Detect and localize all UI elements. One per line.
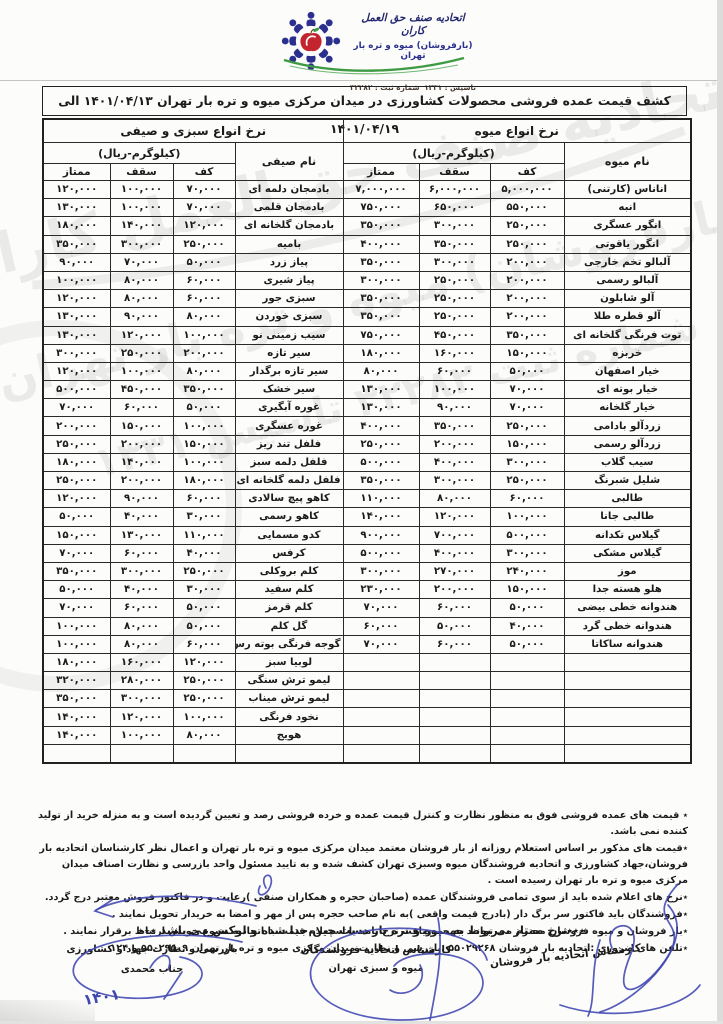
premium-note: ٭٭٭نرخ ممتاز ،مربوط به میوه و تره بار دس… — [0, 924, 723, 937]
veg-floor-cell: ۱۰۰,۰۰۰ — [173, 417, 235, 435]
veg-name-cell: سیر خشک — [235, 381, 343, 399]
signature-label-forushandegan: کارشناس اتحادیه فروشندگان میوه و سبزی ته… — [292, 944, 460, 974]
fruit-ceiling-cell: ۲۰۰,۰۰۰ — [419, 435, 490, 453]
fruit-name-cell: انگور عسگری — [564, 217, 691, 235]
veg-floor-cell — [173, 744, 235, 763]
fruit-premium-cell: ۴۰۰,۰۰۰ — [343, 417, 419, 435]
fruit-ceiling-cell: ۱۰۰,۰۰۰ — [419, 381, 490, 399]
veg-floor-cell: ۶۰,۰۰۰ — [173, 290, 235, 308]
veg-floor-cell: ۱۲۰,۰۰۰ — [173, 217, 235, 235]
document-page: اتحادیه صنف حق العمل کاران (بارفروشان) م… — [0, 0, 723, 1024]
fruit-name-cell: هندوانه ساکاتا — [564, 635, 691, 653]
fruit-premium-cell: ۳۵۰,۰۰۰ — [343, 217, 419, 235]
veg-name-cell: سیب زمینی نو — [235, 326, 343, 344]
fruit-premium-cell — [343, 744, 419, 763]
table-row: اناناس (کارتنی)۵,۰۰۰,۰۰۰۶,۰۰۰,۰۰۰۷,۰۰۰,۰… — [43, 181, 691, 199]
veg-ceiling-cell: ۲۰۰,۰۰۰ — [110, 435, 173, 453]
signature-stroke — [164, 972, 182, 999]
fruit-ceiling-cell — [419, 653, 490, 671]
union-name: اتحادیه صنف حق العمل کاران — [350, 12, 476, 38]
fruit-section-header: نرخ انواع میوه — [343, 119, 691, 143]
fruit-ceiling-cell: ۴۰۰,۰۰۰ — [419, 544, 490, 562]
veg-ceiling-cell: ۲۵۰,۰۰۰ — [110, 344, 173, 362]
veg-name-cell: کدو مسمایی — [235, 526, 343, 544]
fruit-name-cell: طالبی — [564, 490, 691, 508]
veg-ceiling-cell: ۴۰,۰۰۰ — [110, 581, 173, 599]
veg-ceiling-cell: ۹۰,۰۰۰ — [110, 490, 173, 508]
veg-ceiling-cell: ۸۰,۰۰۰ — [110, 271, 173, 289]
fruit-floor-cell: ۳۵۰,۰۰۰ — [490, 326, 564, 344]
fruit-premium-cell: ۱۳۰,۰۰۰ — [343, 399, 419, 417]
signature-label-jahad: بازرسی و نظارت جهاد و کشاورزی جناب محمدی — [58, 944, 246, 975]
veg-ceiling-cell: ۱۰۰,۰۰۰ — [110, 362, 173, 380]
veg-premium-cell: ۱۲۰,۰۰۰ — [43, 290, 110, 308]
table-row: هندوانه ساکاتا۵۰,۰۰۰۶۰,۰۰۰۷۰,۰۰۰گوجه فرن… — [43, 635, 691, 653]
veg-ceiling-cell: ۳۰۰,۰۰۰ — [110, 235, 173, 253]
fruit-name-cell: خیار گلخانه — [564, 399, 691, 417]
fruit-floor-cell — [490, 690, 564, 708]
veg-premium-cell: ۳۵۰,۰۰۰ — [43, 690, 110, 708]
fruit-name-cell: انبه — [564, 199, 691, 217]
signature-label-forushandegan-line2: میوه و سبزی تهران — [292, 963, 460, 974]
fruit-premium-cell — [343, 653, 419, 671]
fruit-name-cell: خربزه — [564, 344, 691, 362]
fruit-floor-cell: ۲۰۰,۰۰۰ — [490, 271, 564, 289]
fruit-premium-cell: ۸۰,۰۰۰ — [343, 362, 419, 380]
fruit-ceiling-cell: ۷۰۰,۰۰۰ — [419, 526, 490, 544]
veg-name-cell: غوره عسگری — [235, 417, 343, 435]
table-row: خربزه۱۵۰,۰۰۰۱۶۰,۰۰۰۱۸۰,۰۰۰سیر تازه۲۰۰,۰۰… — [43, 344, 691, 362]
fruit-premium-cell: ۳۵۰,۰۰۰ — [343, 253, 419, 271]
veg-ceiling-cell: ۴۵۰,۰۰۰ — [110, 381, 173, 399]
fruit-name-cell: اناناس (کارتنی) — [564, 181, 691, 199]
veg-premium-cell: ۱۸۰,۰۰۰ — [43, 653, 110, 671]
veg-ceiling-cell: ۱۳۰,۰۰۰ — [110, 526, 173, 544]
fruit-premium-cell: ۷,۰۰۰,۰۰۰ — [343, 181, 419, 199]
fruit-name-cell: طالبی جانا — [564, 508, 691, 526]
table-row: شلیل شبرنگ۲۵۰,۰۰۰۳۰۰,۰۰۰۳۵۰,۰۰۰فلفل دلمه… — [43, 472, 691, 490]
footnote-line: ٭فروشندگان باید فاکتور سر برگ دار (بادرج… — [38, 907, 688, 923]
fruit-premium-cell: ۶۰,۰۰۰ — [343, 617, 419, 635]
fruit-premium-cell: ۹۰۰,۰۰۰ — [343, 526, 419, 544]
veg-name-cell: گوجه فرنگی بوته رس — [235, 635, 343, 653]
veg-premium-cell: ۳۵۰,۰۰۰ — [43, 235, 110, 253]
veg-name-cell: لیمو ترش سنگی — [235, 672, 343, 690]
fruit-name-cell: آلو شابلون — [564, 290, 691, 308]
table-row: خیار بوته ای۷۰,۰۰۰۱۰۰,۰۰۰۱۳۰,۰۰۰سیر خشک۳… — [43, 381, 691, 399]
veg-premium-cell: ۱۸۰,۰۰۰ — [43, 453, 110, 471]
table-row: طالبی۶۰,۰۰۰۸۰,۰۰۰۱۱۰,۰۰۰کاهو پیچ سالادی۶… — [43, 490, 691, 508]
fruit-floor-cell: ۵,۰۰۰,۰۰۰ — [490, 181, 564, 199]
veg-floor-cell: ۲۵۰,۰۰۰ — [173, 562, 235, 580]
fruit-ceiling-cell: ۳۰۰,۰۰۰ — [419, 253, 490, 271]
fruit-ceiling-cell: ۲۷۰,۰۰۰ — [419, 562, 490, 580]
veg-floor-cell: ۲۵۰,۰۰۰ — [173, 672, 235, 690]
fruit-floor-cell: ۵۰,۰۰۰ — [490, 362, 564, 380]
veg-floor-cell: ۱۰۰,۰۰۰ — [173, 326, 235, 344]
veg-name-cell: بادمجان گلخانه ای — [235, 217, 343, 235]
table-row: لیمو ترش سنگی۲۵۰,۰۰۰۲۸۰,۰۰۰۳۲۰,۰۰۰ — [43, 672, 691, 690]
letterhead: اتحادیه صنف حق العمل کاران (بارفروشان) م… — [278, 6, 476, 92]
veg-name-cell: سیر تازه برگدار — [235, 362, 343, 380]
veg-premium-cell: ۱۴۰,۰۰۰ — [43, 726, 110, 744]
fruit-premium-cell: ۷۵۰,۰۰۰ — [343, 199, 419, 217]
fruit-ceiling-cell — [419, 726, 490, 744]
fruit-floor-cell: ۲۵۰,۰۰۰ — [490, 417, 564, 435]
veg-floor-cell: ۷۰,۰۰۰ — [173, 199, 235, 217]
veg-ceiling-cell: ۸۰,۰۰۰ — [110, 635, 173, 653]
fruit-floor-cell — [490, 708, 564, 726]
veg-name-cell: فلفل تند ریز — [235, 435, 343, 453]
fruit-floor-cell: ۲۴۰,۰۰۰ — [490, 562, 564, 580]
veg-premium-cell: ۷۰,۰۰۰ — [43, 544, 110, 562]
fruit-floor-cell: ۶۰,۰۰۰ — [490, 490, 564, 508]
veg-premium-cell — [43, 744, 110, 763]
fruit-name-cell: خیار بوته ای — [564, 381, 691, 399]
fruit-ceiling-cell — [419, 672, 490, 690]
table-row: لوبیا سبز۱۲۰,۰۰۰۱۶۰,۰۰۰۱۸۰,۰۰۰ — [43, 653, 691, 671]
fruit-floor-cell — [490, 672, 564, 690]
veg-ceiling-cell: ۱۴۰,۰۰۰ — [110, 453, 173, 471]
veg-premium-cell: ۲۵۰,۰۰۰ — [43, 472, 110, 490]
signature-label-jahad-line2: جناب محمدی — [58, 964, 246, 975]
veg-name-cell — [235, 744, 343, 763]
veg-premium-cell: ۱۰۰,۰۰۰ — [43, 617, 110, 635]
fruit-name-cell — [564, 744, 691, 763]
veg-premium-cell: ۲۵۰,۰۰۰ — [43, 435, 110, 453]
veg-premium-cell: ۱۴۰,۰۰۰ — [43, 708, 110, 726]
price-table-body: اناناس (کارتنی)۵,۰۰۰,۰۰۰۶,۰۰۰,۰۰۰۷,۰۰۰,۰… — [43, 181, 691, 764]
fruit-name-cell: آلبالو رسمی — [564, 271, 691, 289]
veg-name-cell: فلفل دلمه گلخانه ای — [235, 472, 343, 490]
fruit-ceiling-cell: ۹۰,۰۰۰ — [419, 399, 490, 417]
veg-ceiling-cell — [110, 744, 173, 763]
veg-ceiling-cell: ۱۶۰,۰۰۰ — [110, 653, 173, 671]
fruit-floor-cell: ۲۰۰,۰۰۰ — [490, 308, 564, 326]
table-row: زردآلو رسمی۱۵۰,۰۰۰۲۰۰,۰۰۰۲۵۰,۰۰۰فلفل تند… — [43, 435, 691, 453]
fruit-floor-cell — [490, 726, 564, 744]
veg-ceiling-cell: ۳۰۰,۰۰۰ — [110, 562, 173, 580]
fruit-ceiling-cell — [419, 690, 490, 708]
fruit-floor-cell: ۲۵۰,۰۰۰ — [490, 472, 564, 490]
fruit-name-cell: هلو هسته جدا — [564, 581, 691, 599]
fruit-name-cell: توت فرنگی گلخانه ای — [564, 326, 691, 344]
veg-premium-cell: ۱۲۰,۰۰۰ — [43, 490, 110, 508]
fruit-ceiling-cell: ۳۰۰,۰۰۰ — [419, 472, 490, 490]
footnote-line: ٭ قیمت های عمده فروشی فوق به منظور نظارت… — [38, 808, 688, 840]
fruit-floor-cell: ۳۰۰,۰۰۰ — [490, 453, 564, 471]
fruit-floor-cell: ۷۰,۰۰۰ — [490, 381, 564, 399]
table-row: هویج۸۰,۰۰۰۱۰۰,۰۰۰۱۴۰,۰۰۰ — [43, 726, 691, 744]
veg-premium-cell: ۱۵۰,۰۰۰ — [43, 526, 110, 544]
fruit-ceiling-cell — [419, 708, 490, 726]
signature-label-jahad-line1: بازرسی و نظارت جهاد و کشاورزی — [58, 944, 246, 955]
veg-ceiling-cell: ۷۰,۰۰۰ — [110, 253, 173, 271]
table-row: آلبالو رسمی۲۰۰,۰۰۰۲۵۰,۰۰۰۳۰۰,۰۰۰پیاز شیر… — [43, 271, 691, 289]
table-row: هندوانه خطی گرد۴۰,۰۰۰۵۰,۰۰۰۶۰,۰۰۰گل کلم۵… — [43, 617, 691, 635]
veg-premium-cell: ۷۰,۰۰۰ — [43, 399, 110, 417]
table-row: هلو هسته جدا۱۵۰,۰۰۰۲۰۰,۰۰۰۲۳۰,۰۰۰کلم سفی… — [43, 581, 691, 599]
fruit-name-cell: زردآلو بادامی — [564, 417, 691, 435]
veg-ceiling-cell: ۹۰,۰۰۰ — [110, 308, 173, 326]
veg-name-cell: هویج — [235, 726, 343, 744]
veg-premium-cell: ۷۰,۰۰۰ — [43, 599, 110, 617]
veg-name-cell: فلفل دلمه سبز — [235, 453, 343, 471]
fruit-floor-cell — [490, 744, 564, 763]
veg-ceiling-cell: ۱۰۰,۰۰۰ — [110, 181, 173, 199]
veg-floor-cell: ۲۵۰,۰۰۰ — [173, 690, 235, 708]
fruit-premium-cell: ۷۵۰,۰۰۰ — [343, 326, 419, 344]
veg-floor-cell: ۲۵۰,۰۰۰ — [173, 235, 235, 253]
fruit-ceiling-cell: ۶۵۰,۰۰۰ — [419, 199, 490, 217]
fruit-premium-cell: ۱۴۰,۰۰۰ — [343, 508, 419, 526]
fruit-ceiling-cell: ۶,۰۰۰,۰۰۰ — [419, 181, 490, 199]
veg-name-cell: سبزی خوردن — [235, 308, 343, 326]
fruit-premium-cell: ۳۵۰,۰۰۰ — [343, 472, 419, 490]
fruit-ceiling-header: سقف — [419, 164, 490, 181]
veg-name-cell: بادمجان قلمی — [235, 199, 343, 217]
veg-premium-cell: ۱۸۰,۰۰۰ — [43, 217, 110, 235]
fruit-name-cell — [564, 690, 691, 708]
fruit-name-cell: انگور یاقوتی — [564, 235, 691, 253]
veg-floor-cell: ۸۰,۰۰۰ — [173, 726, 235, 744]
fruit-name-cell: گیلاس مشکی — [564, 544, 691, 562]
fruit-premium-cell — [343, 690, 419, 708]
veg-premium-header: ممتاز — [43, 164, 110, 181]
fruit-ceiling-cell: ۲۵۰,۰۰۰ — [419, 271, 490, 289]
fruit-premium-cell: ۴۰۰,۰۰۰ — [343, 235, 419, 253]
veg-name-cell: لیمو ترش میناب — [235, 690, 343, 708]
veg-ceiling-cell: ۶۰,۰۰۰ — [110, 599, 173, 617]
veg-floor-cell: ۱۰۰,۰۰۰ — [173, 708, 235, 726]
fruit-floor-cell: ۴۰,۰۰۰ — [490, 617, 564, 635]
table-row: آلبالو تخم خارجی۲۰۰,۰۰۰۳۰۰,۰۰۰۳۵۰,۰۰۰پیا… — [43, 253, 691, 271]
fruit-name-cell — [564, 708, 691, 726]
veg-name-cell: نخود فرنگی — [235, 708, 343, 726]
fruit-floor-cell: ۱۵۰,۰۰۰ — [490, 581, 564, 599]
veg-floor-cell: ۱۵۰,۰۰۰ — [173, 435, 235, 453]
fruit-ceiling-cell: ۳۵۰,۰۰۰ — [419, 417, 490, 435]
fruit-premium-cell: ۷۰,۰۰۰ — [343, 599, 419, 617]
veg-floor-cell: ۳۵۰,۰۰۰ — [173, 381, 235, 399]
veg-name-cell: لوبیا سبز — [235, 653, 343, 671]
veg-ceiling-cell: ۱۲۰,۰۰۰ — [110, 326, 173, 344]
veg-floor-cell: ۵۰,۰۰۰ — [173, 599, 235, 617]
veg-name-cell: کلم قرمز — [235, 599, 343, 617]
veg-premium-cell: ۳۰۰,۰۰۰ — [43, 344, 110, 362]
fruit-premium-header: ممتاز — [343, 164, 419, 181]
fruit-premium-cell — [343, 726, 419, 744]
veg-premium-cell: ۱۳۰,۰۰۰ — [43, 199, 110, 217]
veg-unit-header: (کیلوگرم-ریال) — [43, 143, 235, 164]
fruit-premium-cell: ۵۰۰,۰۰۰ — [343, 453, 419, 471]
veg-name-cell: کاهو رسمی — [235, 508, 343, 526]
fruit-floor-cell: ۳۰۰,۰۰۰ — [490, 544, 564, 562]
fruit-name-header: نام میوه — [564, 143, 691, 181]
fruit-premium-cell: ۷۰,۰۰۰ — [343, 635, 419, 653]
veg-ceiling-cell: ۲۸۰,۰۰۰ — [110, 672, 173, 690]
veg-premium-cell: ۱۳۰,۰۰۰ — [43, 326, 110, 344]
veg-ceiling-cell: ۱۰۰,۰۰۰ — [110, 199, 173, 217]
table-row: طالبی جانا۱۰۰,۰۰۰۱۲۰,۰۰۰۱۴۰,۰۰۰کاهو رسمی… — [43, 508, 691, 526]
fruit-ceiling-cell: ۱۶۰,۰۰۰ — [419, 344, 490, 362]
veg-ceiling-cell: ۶۰,۰۰۰ — [110, 399, 173, 417]
fruit-floor-cell: ۲۵۰,۰۰۰ — [490, 235, 564, 253]
veg-premium-cell: ۳۲۰,۰۰۰ — [43, 672, 110, 690]
veg-floor-cell: ۵۰,۰۰۰ — [173, 399, 235, 417]
veg-premium-cell: ۳۵۰,۰۰۰ — [43, 562, 110, 580]
fruit-premium-cell: ۱۱۰,۰۰۰ — [343, 490, 419, 508]
table-row: توت فرنگی گلخانه ای۳۵۰,۰۰۰۴۵۰,۰۰۰۷۵۰,۰۰۰… — [43, 326, 691, 344]
fruit-premium-cell — [343, 672, 419, 690]
veg-floor-cell: ۲۰۰,۰۰۰ — [173, 344, 235, 362]
table-row: گیلاس مشکی۳۰۰,۰۰۰۴۰۰,۰۰۰۵۰۰,۰۰۰کرفس۴۰,۰۰… — [43, 544, 691, 562]
fruit-ceiling-cell: ۶۰,۰۰۰ — [419, 362, 490, 380]
veg-floor-cell: ۴۰,۰۰۰ — [173, 544, 235, 562]
veg-premium-cell: ۱۰۰,۰۰۰ — [43, 635, 110, 653]
table-row: نخود فرنگی۱۰۰,۰۰۰۱۲۰,۰۰۰۱۴۰,۰۰۰ — [43, 708, 691, 726]
fruit-floor-cell: ۲۰۰,۰۰۰ — [490, 253, 564, 271]
fruit-floor-cell — [490, 653, 564, 671]
fruit-premium-cell: ۳۵۰,۰۰۰ — [343, 308, 419, 326]
veg-ceiling-cell: ۲۰۰,۰۰۰ — [110, 472, 173, 490]
price-table: نرخ انواع میوه نرخ انواع سبزی و صیفی نام… — [42, 118, 692, 764]
fruit-ceiling-cell: ۵۰,۰۰۰ — [419, 617, 490, 635]
table-row: گیلاس تکدانه۵۰۰,۰۰۰۷۰۰,۰۰۰۹۰۰,۰۰۰کدو مسم… — [43, 526, 691, 544]
veg-ceiling-cell: ۱۴۰,۰۰۰ — [110, 217, 173, 235]
veg-premium-cell: ۱۳۰,۰۰۰ — [43, 308, 110, 326]
veg-floor-cell: ۶۰,۰۰۰ — [173, 635, 235, 653]
fruit-ceiling-cell: ۶۰,۰۰۰ — [419, 599, 490, 617]
veg-premium-cell: ۵۰,۰۰۰ — [43, 508, 110, 526]
fruit-ceiling-cell — [419, 744, 490, 763]
fruit-floor-cell: ۱۵۰,۰۰۰ — [490, 435, 564, 453]
veg-ceiling-cell: ۱۵۰,۰۰۰ — [110, 417, 173, 435]
fruit-premium-cell: ۱۳۰,۰۰۰ — [343, 381, 419, 399]
fruit-name-cell: گیلاس تکدانه — [564, 526, 691, 544]
veg-premium-cell: ۹۰,۰۰۰ — [43, 253, 110, 271]
veg-name-cell: پیاز زرد — [235, 253, 343, 271]
fruit-name-cell — [564, 653, 691, 671]
fruit-name-cell: آلبالو تخم خارجی — [564, 253, 691, 271]
table-row: انگور عسگری۲۵۰,۰۰۰۳۰۰,۰۰۰۳۵۰,۰۰۰بادمجان … — [43, 217, 691, 235]
table-row: انگور یاقوتی۲۵۰,۰۰۰۳۵۰,۰۰۰۴۰۰,۰۰۰بامیه۲۵… — [43, 235, 691, 253]
fruit-floor-cell: ۱۰۰,۰۰۰ — [490, 508, 564, 526]
veg-floor-cell: ۸۰,۰۰۰ — [173, 362, 235, 380]
veg-name-cell: کاهو پیچ سالادی — [235, 490, 343, 508]
veg-ceiling-cell: ۳۰۰,۰۰۰ — [110, 690, 173, 708]
fruit-ceiling-cell: ۲۵۰,۰۰۰ — [419, 290, 490, 308]
fruit-unit-header: (کیلوگرم-ریال) — [343, 143, 564, 164]
fruit-ceiling-cell: ۳۵۰,۰۰۰ — [419, 235, 490, 253]
table-row: لیمو ترش میناب۲۵۰,۰۰۰۳۰۰,۰۰۰۳۵۰,۰۰۰ — [43, 690, 691, 708]
veg-name-cell: گل کلم — [235, 617, 343, 635]
fruit-name-cell: شلیل شبرنگ — [564, 472, 691, 490]
fruit-ceiling-cell: ۲۰۰,۰۰۰ — [419, 581, 490, 599]
fruit-premium-cell: ۵۰۰,۰۰۰ — [343, 544, 419, 562]
table-row: سیب گلاب۳۰۰,۰۰۰۴۰۰,۰۰۰۵۰۰,۰۰۰فلفل دلمه س… — [43, 453, 691, 471]
fruit-name-cell — [564, 726, 691, 744]
fruit-ceiling-cell: ۶۰,۰۰۰ — [419, 635, 490, 653]
table-row: هندوانه خطی بیضی۵۰,۰۰۰۶۰,۰۰۰۷۰,۰۰۰کلم قر… — [43, 599, 691, 617]
fruit-premium-cell — [343, 708, 419, 726]
table-row: انبه۵۵۰,۰۰۰۶۵۰,۰۰۰۷۵۰,۰۰۰بادمجان قلمی۷۰,… — [43, 199, 691, 217]
veg-section-header: نرخ انواع سبزی و صیفی — [43, 119, 343, 143]
veg-name-cell: کلم بروکلی — [235, 562, 343, 580]
table-row — [43, 744, 691, 763]
veg-name-cell: سیر تازه — [235, 344, 343, 362]
fruit-name-cell — [564, 672, 691, 690]
scan-edge-right — [717, 0, 723, 1024]
fruit-premium-cell: ۳۵۰,۰۰۰ — [343, 290, 419, 308]
fruit-name-cell: آلو قطره طلا — [564, 308, 691, 326]
veg-ceiling-cell: ۸۰,۰۰۰ — [110, 617, 173, 635]
fruit-name-cell: سیب گلاب — [564, 453, 691, 471]
fruit-premium-cell: ۳۰۰,۰۰۰ — [343, 562, 419, 580]
veg-name-cell: بامیه — [235, 235, 343, 253]
fruit-floor-cell: ۵۰,۰۰۰ — [490, 599, 564, 617]
document-title: کشف قیمت عمده فروشی محصولات کشاورزی در م… — [42, 86, 687, 116]
veg-ceiling-header: سقف — [110, 164, 173, 181]
table-row: آلو شابلون۲۰۰,۰۰۰۲۵۰,۰۰۰۳۵۰,۰۰۰سبزی جور۶… — [43, 290, 691, 308]
fruit-premium-cell: ۲۵۰,۰۰۰ — [343, 435, 419, 453]
veg-ceiling-cell: ۱۲۰,۰۰۰ — [110, 708, 173, 726]
fruit-ceiling-cell: ۱۲۰,۰۰۰ — [419, 508, 490, 526]
veg-floor-cell: ۷۰,۰۰۰ — [173, 181, 235, 199]
fruit-premium-cell: ۳۰۰,۰۰۰ — [343, 271, 419, 289]
fruit-floor-cell: ۱۵۰,۰۰۰ — [490, 344, 564, 362]
veg-ceiling-cell: ۸۰,۰۰۰ — [110, 290, 173, 308]
signature-stroke — [560, 985, 700, 1013]
fruit-floor-cell: ۲۰۰,۰۰۰ — [490, 290, 564, 308]
fruit-floor-cell: ۵۰,۰۰۰ — [490, 635, 564, 653]
veg-floor-cell: ۳۰,۰۰۰ — [173, 508, 235, 526]
veg-floor-cell: ۶۰,۰۰۰ — [173, 490, 235, 508]
veg-floor-header: کف — [173, 164, 235, 181]
table-row: زردآلو بادامی۲۵۰,۰۰۰۳۵۰,۰۰۰۴۰۰,۰۰۰غوره ع… — [43, 417, 691, 435]
veg-floor-cell: ۱۲۰,۰۰۰ — [173, 653, 235, 671]
fruit-floor-cell: ۵۵۰,۰۰۰ — [490, 199, 564, 217]
veg-premium-cell: ۱۲۰,۰۰۰ — [43, 181, 110, 199]
veg-premium-cell: ۲۰۰,۰۰۰ — [43, 417, 110, 435]
fruit-ceiling-cell: ۳۰۰,۰۰۰ — [419, 217, 490, 235]
footnote-line: ٭قیمت های مذکور بر اساس استعلام روزانه ا… — [38, 841, 688, 889]
fruit-ceiling-cell: ۴۰۰,۰۰۰ — [419, 453, 490, 471]
veg-name-cell: سبزی جور — [235, 290, 343, 308]
fruit-ceiling-cell: ۲۵۰,۰۰۰ — [419, 308, 490, 326]
footnote-line: ٭نرخ های اعلام شده باید از سوی تمامی فرو… — [38, 890, 688, 906]
logo-swoosh — [278, 56, 468, 78]
veg-ceiling-cell: ۶۰,۰۰۰ — [110, 544, 173, 562]
veg-floor-cell: ۵۰,۰۰۰ — [173, 253, 235, 271]
fruit-floor-cell: ۲۵۰,۰۰۰ — [490, 217, 564, 235]
fruit-premium-cell: ۱۸۰,۰۰۰ — [343, 344, 419, 362]
fruit-ceiling-cell: ۸۰,۰۰۰ — [419, 490, 490, 508]
table-row: خیار گلخانه۷۰,۰۰۰۹۰,۰۰۰۱۳۰,۰۰۰غوره آبگیر… — [43, 399, 691, 417]
veg-premium-cell: ۱۲۰,۰۰۰ — [43, 362, 110, 380]
fruit-premium-cell: ۲۳۰,۰۰۰ — [343, 581, 419, 599]
fruit-floor-cell: ۵۰۰,۰۰۰ — [490, 526, 564, 544]
fruit-name-cell: هندوانه خطی گرد — [564, 617, 691, 635]
veg-premium-cell: ۵۰۰,۰۰۰ — [43, 381, 110, 399]
fruit-name-cell: موز — [564, 562, 691, 580]
veg-floor-cell: ۳۰,۰۰۰ — [173, 581, 235, 599]
veg-name-cell: بادمجان دلمه ای — [235, 181, 343, 199]
fruit-ceiling-cell: ۴۵۰,۰۰۰ — [419, 326, 490, 344]
fruit-name-cell: خیار اصفهان — [564, 362, 691, 380]
table-row: موز۲۴۰,۰۰۰۲۷۰,۰۰۰۳۰۰,۰۰۰کلم بروکلی۲۵۰,۰۰… — [43, 562, 691, 580]
veg-premium-cell: ۱۰۰,۰۰۰ — [43, 271, 110, 289]
